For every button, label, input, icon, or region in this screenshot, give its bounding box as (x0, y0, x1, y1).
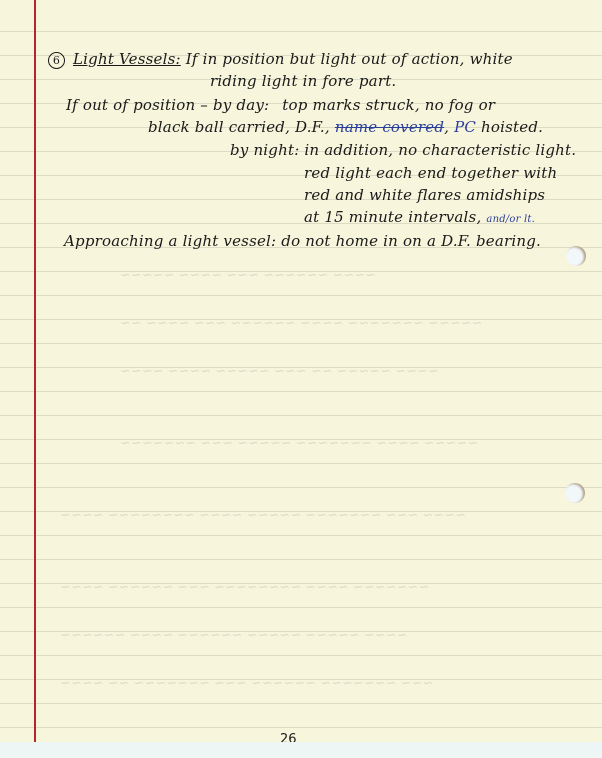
correction-text: PC (454, 118, 476, 136)
day-line-2: black ball carried, D.F., name covered, … (148, 118, 543, 136)
struck-text: name covered (335, 118, 444, 136)
day-label: If out of position – by day: (66, 96, 269, 114)
section-heading: Light Vessels: (73, 50, 181, 68)
day-line-2-end: hoisted. (481, 118, 543, 136)
show-through-text: ~~~~~~~ ~~~~ ~~~~~~~~ ~~~ ~~~~~~ ~~~~ (60, 580, 429, 595)
approaching-line: Approaching a light vessel: do not home … (64, 232, 541, 250)
punch-hole (565, 483, 585, 503)
show-through-text: ~~~~ ~~~ ~~~~~~~ ~~~~~ ~~~~ ~~~~~~~~ ~~~… (60, 508, 466, 523)
page-number: 26 (280, 732, 297, 742)
show-through-text: ~~~~ ~~~~~ ~~ ~~~ ~~~~~ ~~~~ ~~~~ (120, 364, 439, 379)
show-through-text: ~~~ ~~~~~~~ ~~~~~~ ~~~ ~~~~~~~ ~~ ~~~~ (60, 676, 433, 691)
night-label: by night: (230, 141, 299, 159)
blue-addition: and/or lt. (486, 214, 535, 225)
section-heading-line: 6Light Vessels: If in position but light… (48, 50, 513, 69)
night-text-1: in addition, no characteristic light. (304, 141, 576, 159)
heading-continuation: riding light in fore part. (210, 72, 396, 90)
section-number: 6 (48, 52, 65, 69)
night-line-4: at 15 minute intervals, and/or lt. (304, 208, 535, 226)
punch-hole (566, 246, 586, 266)
night-text-4: at 15 minute intervals, (304, 208, 481, 226)
night-line-3: red and white flares amidships (304, 186, 545, 204)
show-through-text: ~~~~ ~~~~~~ ~~~ ~~~~ ~~~~~ (120, 268, 376, 283)
night-line-1: by night: in addition, no characteristic… (230, 141, 576, 159)
day-line-1: top marks struck, no fog or (282, 96, 495, 114)
out-of-position-day: If out of position – by day: top marks s… (66, 96, 495, 114)
day-line-2-text: black ball carried, D.F., (148, 118, 330, 136)
show-through-text: ~~~~~ ~~~~ ~~~~~~~ ~~~~~ ~~~ ~~~~~~~ (120, 436, 478, 451)
show-through-text: ~~~~ ~~~~~ ~~~~~ ~~~~~~ ~~~~ ~~~~~~ (60, 628, 407, 643)
show-through-text: ~~~~~ ~~~~~~~ ~~~~ ~~~~~~ ~~~ ~~~~ ~~ (120, 316, 482, 331)
notebook-page: ~~~~ ~~~~~~ ~~~ ~~~~ ~~~~~ ~~~~~ ~~~~~~~… (0, 0, 602, 742)
heading-text: If in position but light out of action, … (186, 50, 513, 68)
night-line-2: red light each end together with (304, 164, 557, 182)
margin-line (34, 0, 36, 742)
